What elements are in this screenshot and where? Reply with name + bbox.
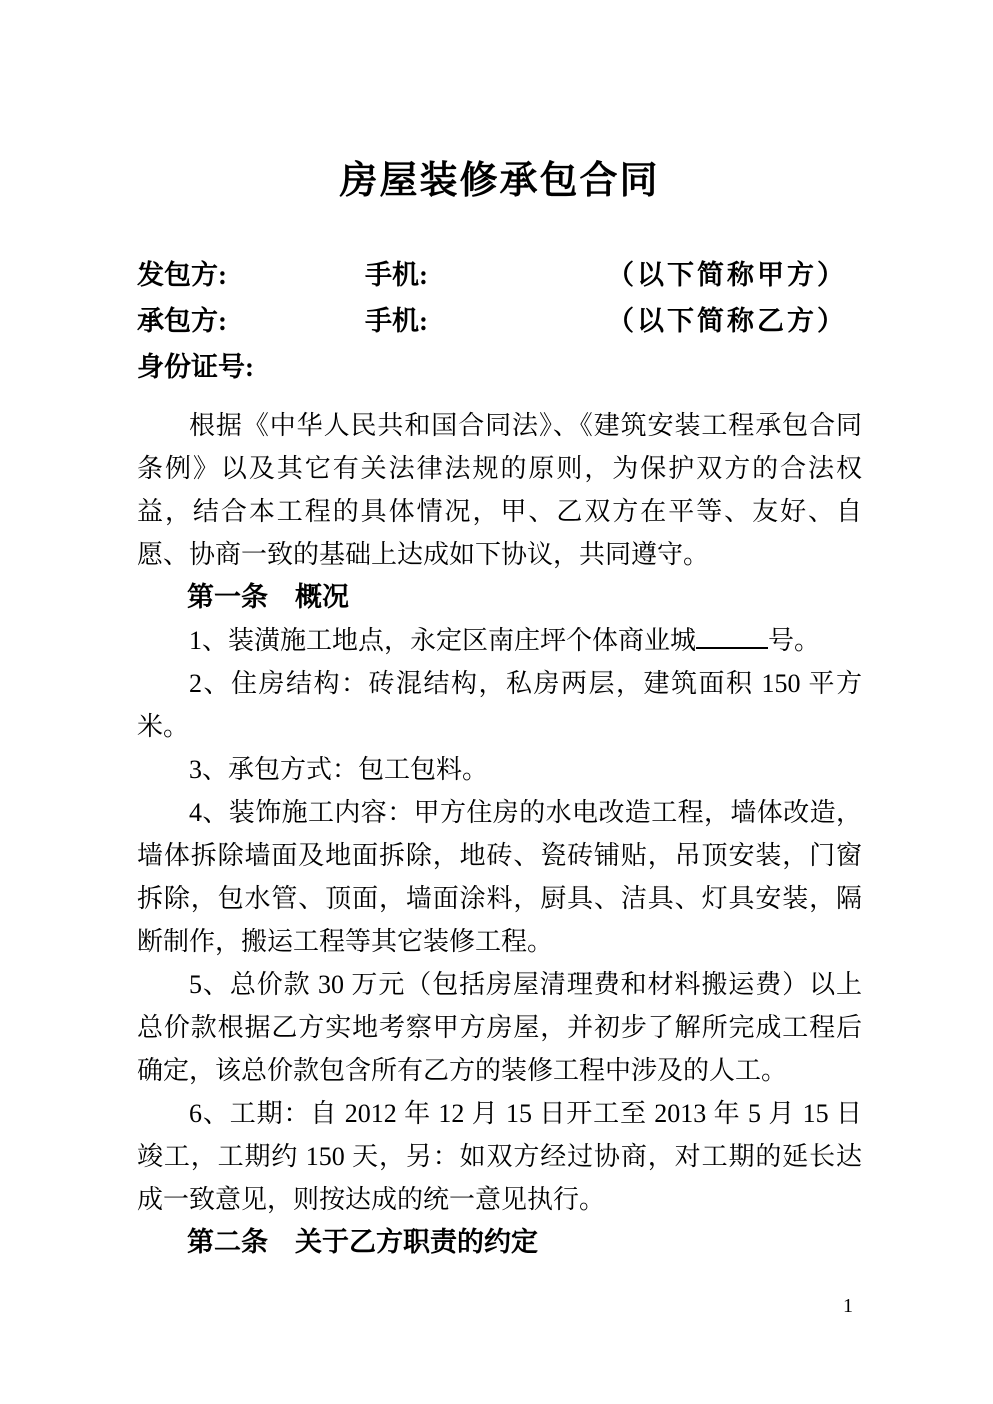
party-row-contractor: 承包方: 手机: （以下简称乙方） [137, 298, 862, 344]
party-row-employer: 发包方: 手机: （以下简称甲方） [137, 252, 862, 298]
document-title: 房屋装修承包合同 [137, 152, 862, 208]
clause-5-total-price: 5、总价款 30 万元（包括房屋清理费和材料搬运费）以上总价款根据乙方实地考察甲… [137, 963, 862, 1092]
document-page: 房屋装修承包合同 发包方: 手机: （以下简称甲方） 承包方: 手机: （以下简… [0, 0, 993, 1404]
clause-4-work-content: 4、装饰施工内容：甲方住房的水电改造工程，墙体改造，墙体拆除墙面及地面拆除，地砖… [137, 791, 862, 963]
employer-alias-label: （以下简称甲方） [607, 252, 847, 298]
employer-phone-label: 手机: [365, 252, 428, 298]
parties-section: 发包方: 手机: （以下简称甲方） 承包方: 手机: （以下简称乙方） 身份证号… [137, 252, 862, 390]
clause-1-text-before: 1、装潢施工地点，永定区南庄坪个体商业城 [189, 626, 696, 655]
id-number-label: 身份证号: [137, 344, 254, 390]
contractor-phone-label: 手机: [365, 298, 428, 344]
section1-heading: 第一条 概况 [137, 576, 862, 619]
clause-1-location: 1、装潢施工地点，永定区南庄坪个体商业城号。 [137, 619, 862, 662]
fill-in-blank-line [696, 621, 768, 649]
clause-1-text-after: 号。 [768, 626, 820, 655]
clause-3-contract-method: 3、承包方式：包工包料。 [137, 748, 862, 791]
party-row-id-number: 身份证号: [137, 344, 862, 390]
page-number: 1 [843, 1292, 853, 1320]
preamble-paragraph: 根据《中华人民共和国合同法》、《建筑安装工程承包合同条例》以及其它有关法律法规的… [137, 404, 862, 576]
clause-6-schedule: 6、工期：自 2012 年 12 月 15 日开工至 2013 年 5 月 15… [137, 1092, 862, 1221]
section2-heading: 第二条 关于乙方职责的约定 [137, 1221, 862, 1264]
employer-label: 发包方: [137, 252, 227, 298]
clause-2-structure: 2、住房结构：砖混结构，私房两层，建筑面积 150 平方米。 [137, 662, 862, 748]
contractor-alias-label: （以下简称乙方） [607, 298, 847, 344]
contractor-label: 承包方: [137, 298, 227, 344]
